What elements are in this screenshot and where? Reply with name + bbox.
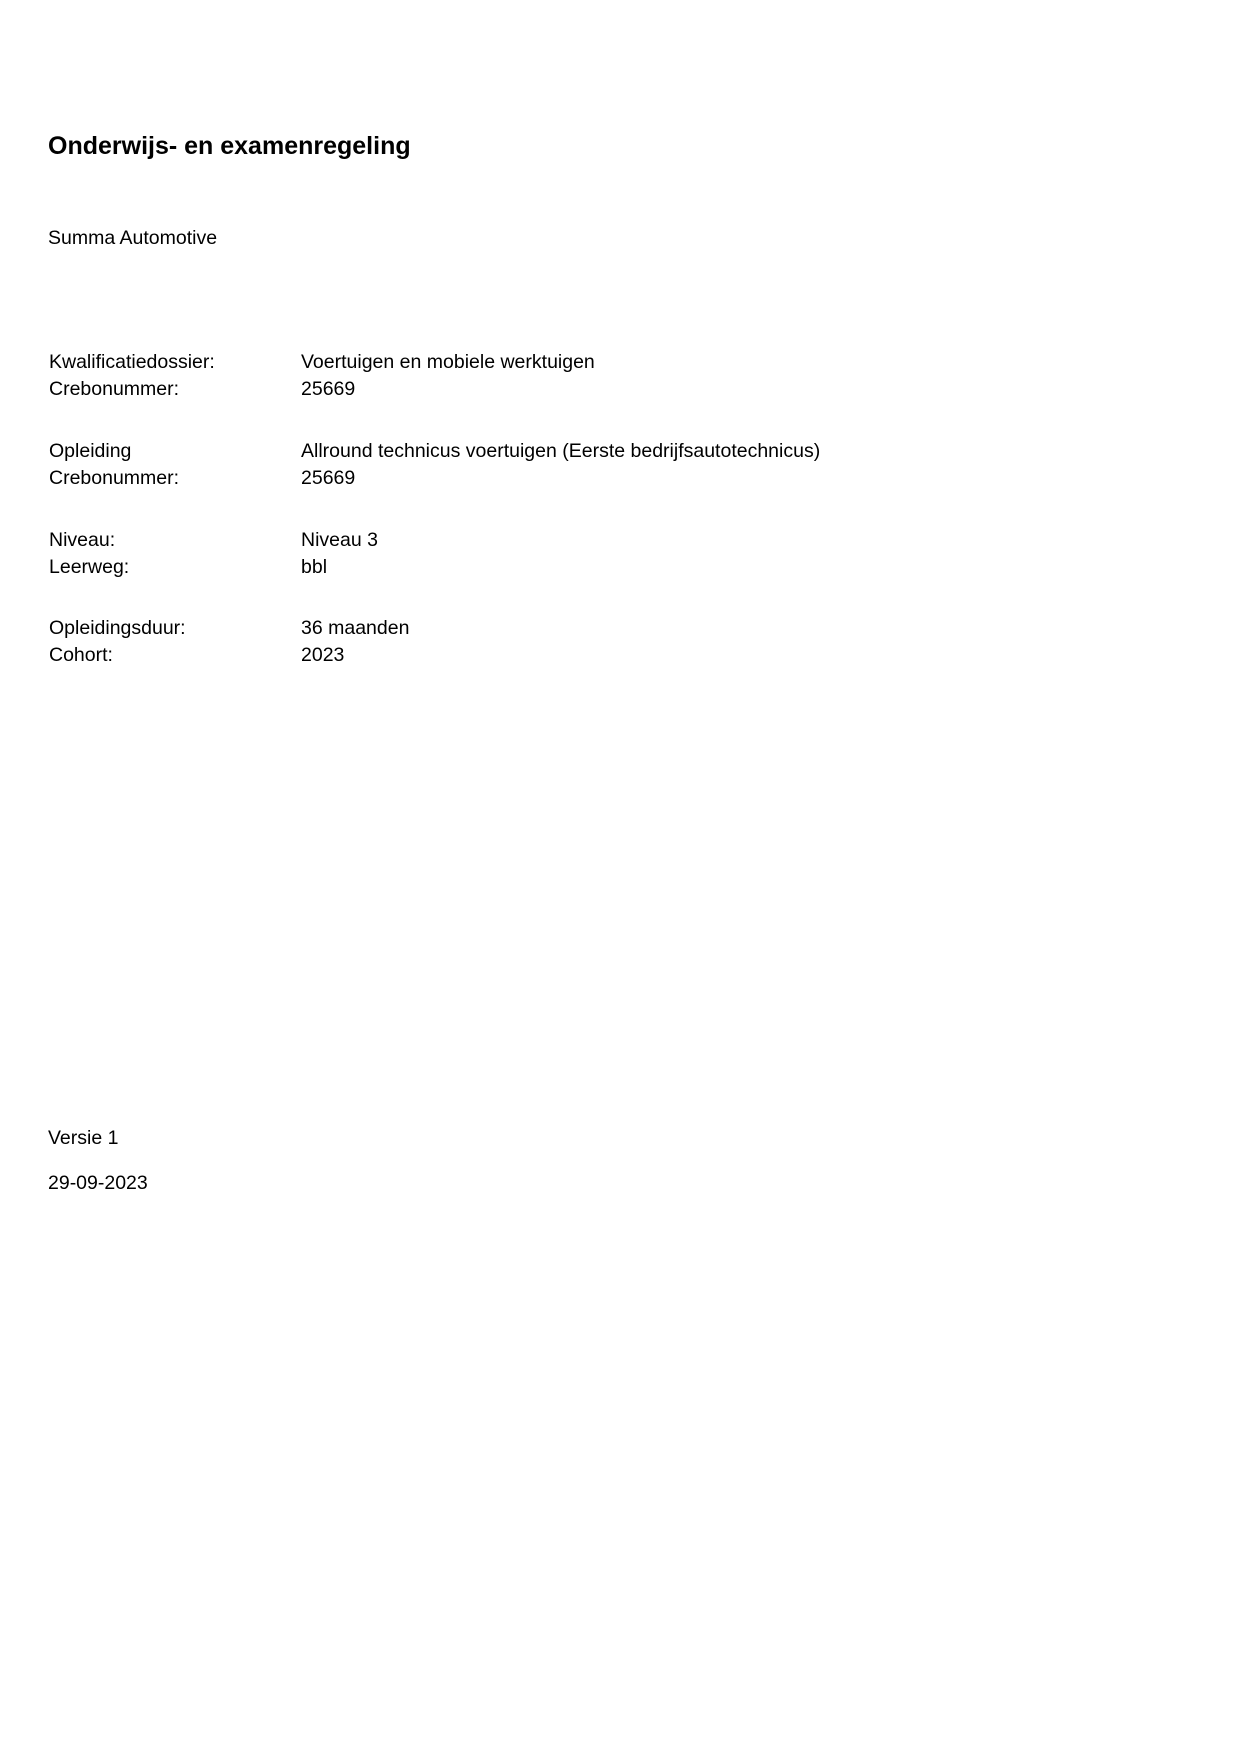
info-row: Niveau: Niveau 3 — [49, 527, 949, 554]
info-value: Voertuigen en mobiele werktuigen — [301, 349, 595, 376]
info-label: Crebonummer: — [49, 376, 301, 403]
level-learning-path-group: Niveau: Niveau 3 Leerweg: bbl — [49, 527, 949, 580]
info-label: Kwalificatiedossier: — [49, 349, 301, 376]
info-row: Opleidingsduur: 36 maanden — [49, 615, 949, 642]
qualification-dossier-group: Kwalificatiedossier: Voertuigen en mobie… — [49, 349, 949, 402]
info-value: 25669 — [301, 465, 355, 492]
education-program-group: Opleiding Allround technicus voertuigen … — [49, 438, 949, 491]
info-label: Opleiding — [49, 438, 301, 465]
info-value: 36 maanden — [301, 615, 409, 642]
info-value: Niveau 3 — [301, 527, 378, 554]
info-label: Opleidingsduur: — [49, 615, 301, 642]
info-value: Allround technicus voertuigen (Eerste be… — [301, 438, 820, 465]
info-value: 2023 — [301, 642, 344, 669]
info-label: Crebonummer: — [49, 465, 301, 492]
info-row: Crebonummer: 25669 — [49, 376, 949, 403]
info-row: Kwalificatiedossier: Voertuigen en mobie… — [49, 349, 949, 376]
info-row: Cohort: 2023 — [49, 642, 949, 669]
info-value: 25669 — [301, 376, 355, 403]
info-value: bbl — [301, 554, 327, 581]
duration-cohort-group: Opleidingsduur: 36 maanden Cohort: 2023 — [49, 615, 949, 668]
info-row: Leerweg: bbl — [49, 554, 949, 581]
info-label: Cohort: — [49, 642, 301, 669]
info-label: Leerweg: — [49, 554, 301, 581]
info-label: Niveau: — [49, 527, 301, 554]
info-row: Opleiding Allround technicus voertuigen … — [49, 438, 949, 465]
info-row: Crebonummer: 25669 — [49, 465, 949, 492]
organization-name: Summa Automotive — [48, 226, 217, 250]
page-title: Onderwijs- en examenregeling — [48, 131, 411, 161]
version-label: Versie 1 — [48, 1126, 118, 1150]
document-date: 29-09-2023 — [48, 1171, 148, 1195]
